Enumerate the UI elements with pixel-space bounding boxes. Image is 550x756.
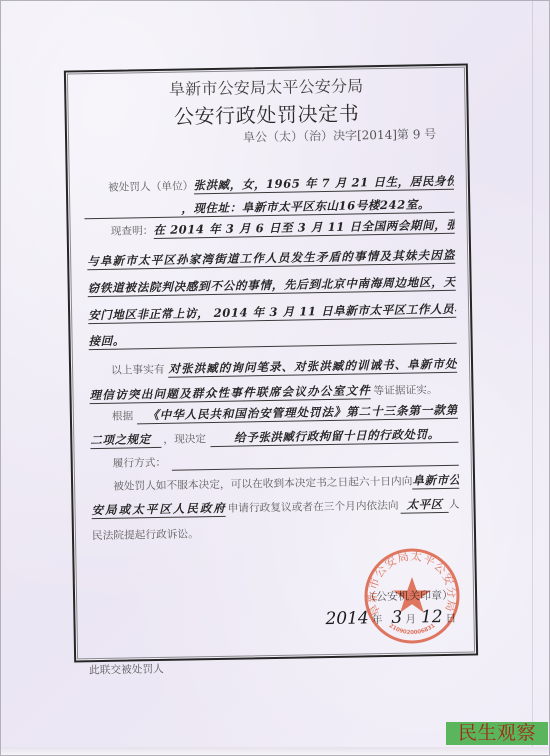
appeal-line-1: 被处罚人如不服本决定，可以在收到本决定书之日起六十日内向 阜新市公 bbox=[113, 471, 459, 495]
basis-line-2: 二项之规定 ，现决定 给予张洪臧行政拘留十日的行政处罚。 bbox=[90, 425, 458, 449]
findings-text: 安门地区非正常上访， 2014 年 3 月 11 日阜新市太平区工作人员将其 bbox=[88, 301, 456, 324]
evidence-text: 理信访突出问题及群众性事件联席会议办公室文件 bbox=[89, 382, 370, 404]
official-seal-icon: 阜新市公安局太平公安分局 2109020006831 bbox=[357, 541, 467, 651]
findings-line-5: 接回。 bbox=[88, 326, 456, 350]
findings-text: 窃铁道被法院判决感到不公的事情，先后到北京中南海周边地区，天 bbox=[88, 274, 456, 297]
appeal-court: 太平区 bbox=[400, 496, 449, 514]
findings-text: 在 2014 年 3 月 6 日至 3 月 11 日全国两会期间，张洪臧因 bbox=[153, 217, 454, 239]
appeal-agency: 阜新市公 bbox=[412, 472, 459, 490]
subject-label: 被处罚人（单位） bbox=[108, 178, 194, 195]
seal-code: 2109020006831 bbox=[388, 623, 437, 636]
findings-text: 接回。 bbox=[88, 327, 456, 350]
subject-address: ，现住址：阜新市太平区东山16号楼242室。 bbox=[84, 196, 454, 219]
findings-line-2: 与阜新市太平区孙家湾街道工作人员发生矛盾的事情及其妹夫因盗 bbox=[87, 246, 455, 270]
basis-law: 《中华人民共和国治安管理处罚法》第二十三条第一款第 bbox=[137, 402, 458, 425]
evidence-line-2: 理信访突出问题及群众性事件联席会议办公室文件 等证据证实。 bbox=[89, 380, 457, 404]
evidence-suffix: 等证据证实。 bbox=[373, 382, 437, 399]
evidence-line-1: 以上事实有 对张洪臧的询问笔录、对张洪臧的训诫书、阜新市处 bbox=[111, 355, 457, 379]
basis-clause: 二项之规定 bbox=[90, 431, 161, 449]
subject-identity: 张洪臧，女，1965 年 7 月 21 日生，居民身份证号： bbox=[193, 173, 454, 195]
findings-label: 现查明： bbox=[111, 223, 154, 240]
paper-bottom-edge bbox=[1, 747, 549, 755]
decision-penalty: 给予张洪臧行政拘留十日的行政处罚。 bbox=[210, 426, 458, 447]
copy-note: 此联交被处罚人 bbox=[89, 661, 164, 677]
appeal-text: 申请行政复议或者在三个月内依法向 bbox=[227, 498, 398, 517]
document-number: 阜公（太）（治）决字[2014]第 9 号 bbox=[243, 125, 436, 145]
findings-text: 与阜新市太平区孙家湾街道工作人员发生矛盾的事情及其妹夫因盗 bbox=[87, 247, 455, 270]
evidence-label: 以上事实有 bbox=[111, 362, 165, 379]
execution-line: 履行方式： bbox=[113, 448, 459, 472]
watermark-text: 民生观察 bbox=[458, 722, 536, 745]
findings-line-4: 安门地区非正常上访， 2014 年 3 月 11 日阜新市太平区工作人员将其 bbox=[88, 300, 456, 324]
evidence-text: 对张洪臧的询问笔录、对张洪臧的训诫书、阜新市处 bbox=[168, 356, 457, 378]
findings-line-1: 现查明： 在 2014 年 3 月 6 日至 3 月 11 日全国两会期间，张洪… bbox=[111, 216, 455, 240]
execution-label: 履行方式： bbox=[113, 455, 167, 472]
paper-edge bbox=[532, 1, 533, 747]
watermark-badge: 民生观察 bbox=[446, 722, 548, 745]
findings-line-3: 窃铁道被法院判决感到不公的事情，先后到北京中南海周边地区，天 bbox=[88, 273, 456, 297]
appeal-text: 人 bbox=[449, 497, 460, 513]
execution-value bbox=[172, 449, 459, 471]
seal-star-icon bbox=[393, 577, 431, 613]
subject-line-1: 被处罚人（单位） 张洪臧，女，1965 年 7 月 21 日生，居民身份证号： bbox=[108, 172, 454, 196]
appeal-agency: 安局或太平区人民政府 bbox=[91, 500, 225, 519]
appeal-text: 被处罚人如不服本决定，可以在收到本决定书之日起六十日内向 bbox=[113, 474, 412, 495]
appeal-line-2: 安局或太平区人民政府 申请行政复议或者在三个月内依法向 太平区 人 bbox=[91, 495, 459, 519]
decision-label: ，现决定 bbox=[163, 431, 206, 448]
scanned-document: 阜新市公安局太平公安分局 公安行政处罚决定书 阜公（太）（治）决字[2014]第… bbox=[0, 0, 550, 756]
subject-line-2: ，现住址：阜新市太平区东山16号楼242室。 bbox=[84, 195, 454, 219]
basis-line-1: 根据 《中华人民共和国治安管理处罚法》第二十三条第一款第 bbox=[112, 401, 458, 425]
basis-label: 根据 bbox=[112, 408, 134, 424]
appeal-text: 民法院提起行政诉讼。 bbox=[92, 526, 199, 544]
